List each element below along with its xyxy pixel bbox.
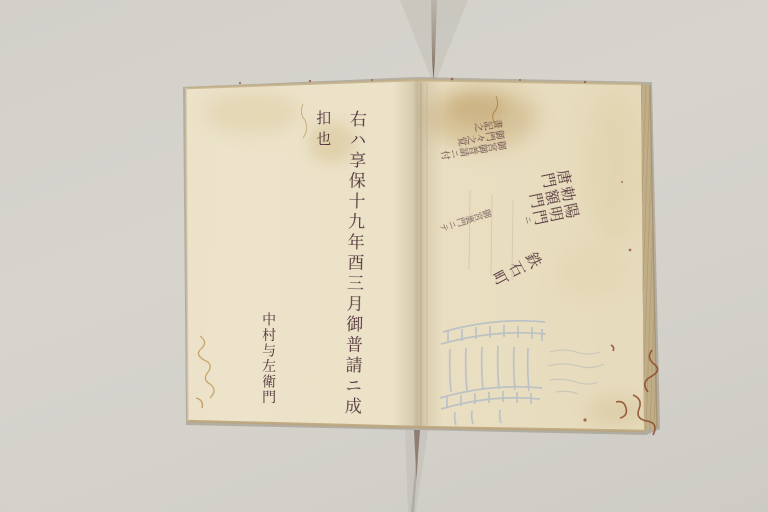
photo-stage: 右ハ享保十九年酉三月御普請ニ成 扣也 中村与左衛門 控 御宮御普請ニ付 御門々之…: [0, 0, 768, 512]
vignette: [0, 0, 768, 512]
